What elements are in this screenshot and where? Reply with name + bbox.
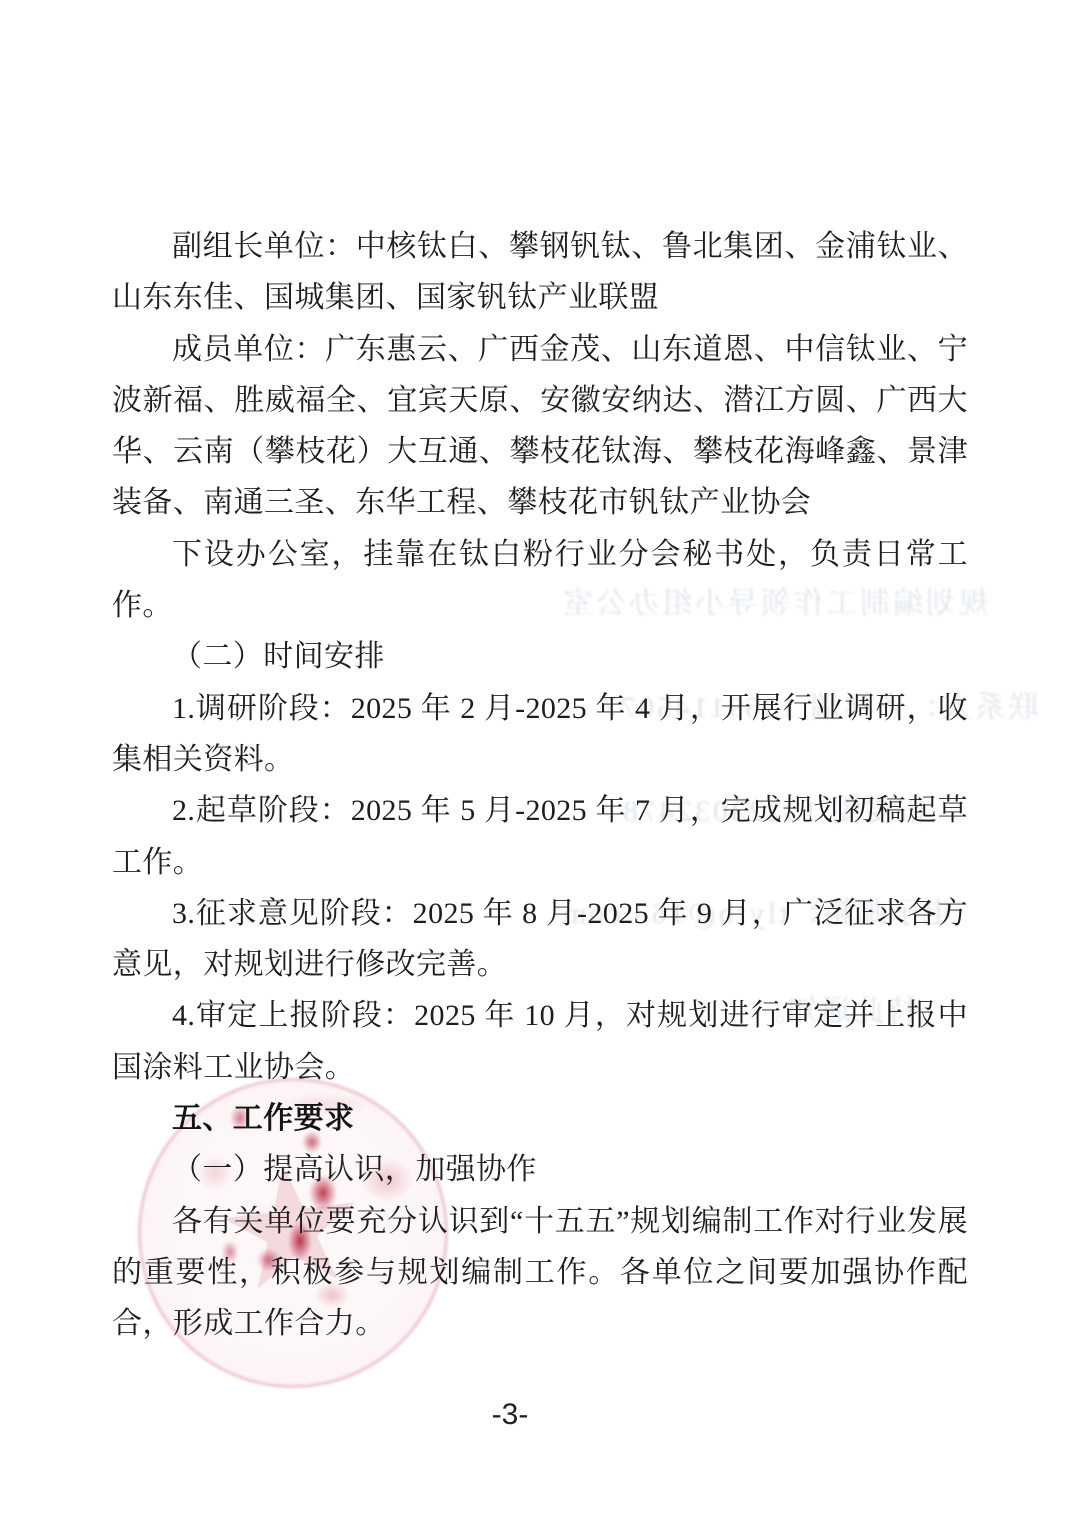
document-body: 副组长单位：中核钛白、攀钢钒钛、鲁北集团、金浦钛业、山东东佳、国城集团、国家钒钛…: [112, 221, 968, 1350]
paragraph: 下设办公室，挂靠在钛白粉行业分会秘书处，负责日常工作。: [112, 529, 968, 632]
paragraph: （一）提高认识，加强协作: [112, 1144, 968, 1195]
paragraph: 3.征求意见阶段：2025 年 8 月-2025 年 9 月，广泛征求各方意见，…: [112, 888, 968, 991]
document-page: 规划编制工作领导小组办公室联系人：齐祥瑞 13691145077伍雯雯 1322…: [0, 0, 1080, 1527]
section-heading: 五、工作要求: [112, 1093, 968, 1144]
paragraph: 各有关单位要充分认识到“十五五”规划编制工作对行业发展的重要性，积极参与规划编制…: [112, 1196, 968, 1350]
paragraph: 副组长单位：中核钛白、攀钢钒钛、鲁北集团、金浦钛业、山东东佳、国城集团、国家钒钛…: [112, 221, 968, 324]
paragraph: 1.调研阶段：2025 年 2 月-2025 年 4 月，开展行业调研，收集相关…: [112, 683, 968, 786]
paragraph: 2.起草阶段：2025 年 5 月-2025 年 7 月，完成规划初稿起草工作。: [112, 785, 968, 888]
paragraph: （二）时间安排: [112, 631, 968, 682]
paragraph: 成员单位：广东惠云、广西金茂、山东道恩、中信钛业、宁波新福、胜威福全、宜宾天原、…: [112, 324, 968, 529]
paragraph: 4.审定上报阶段：2025 年 10 月，对规划进行审定并上报中国涂料工业协会。: [112, 990, 968, 1093]
page-number: -3-: [0, 1398, 1020, 1432]
